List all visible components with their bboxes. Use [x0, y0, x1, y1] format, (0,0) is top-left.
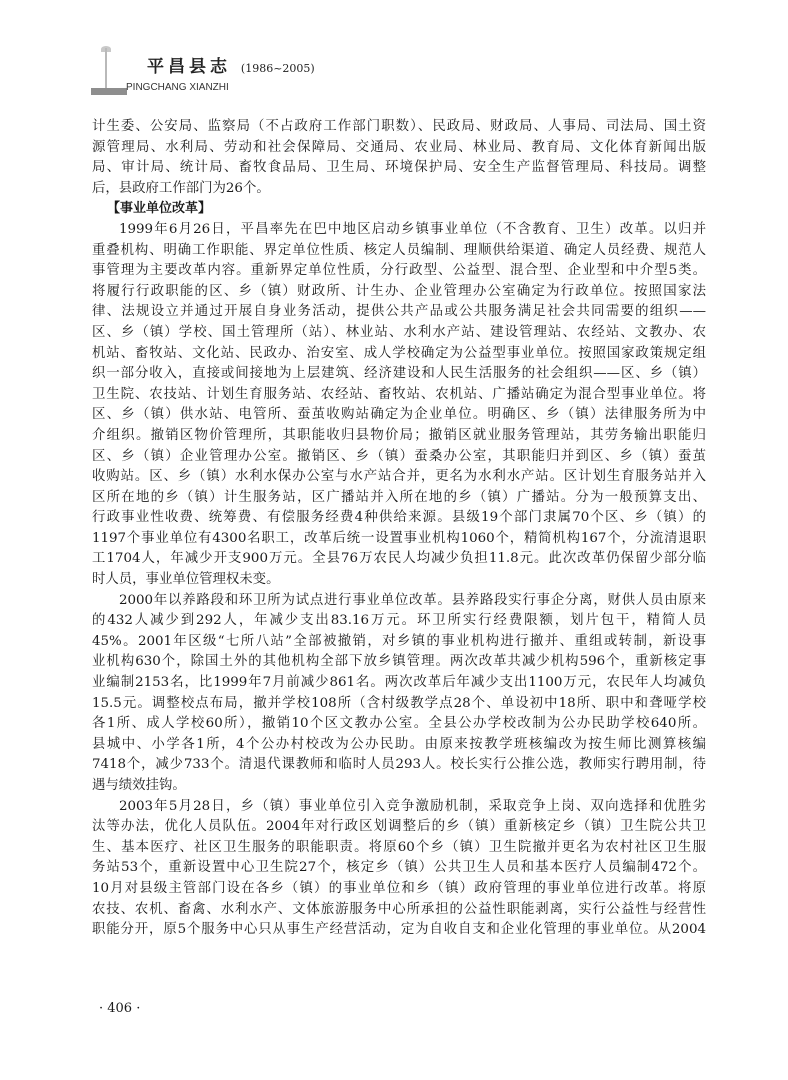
text-line: 15.5元。调整校点布局，撤并学校108所（含村级教学点28个、单设初中18所、…: [92, 694, 706, 715]
text-line: 汰等办法，优化人员队伍。2004年对行政区划调整后的乡（镇）重新核定乡（镇）卫生…: [92, 817, 706, 838]
body-text: 计生委、公安局、监察局（不占政府工作部门职数）、民政局、财政局、人事局、司法局、…: [92, 117, 706, 941]
text-line: 局、审计局、统计局、畜牧食品局、卫生局、环境保护局、安全生产监督管理局、科技局。…: [92, 158, 706, 179]
text-line: 将履行行政职能的区、乡（镇）财政所、计生办、企业管理办公室确定为行政单位。按照国…: [92, 282, 706, 303]
text-line: 机站、畜牧站、文化站、民政办、治安室、成人学校确定为公益型事业单位。按照国家政策…: [92, 344, 706, 365]
text-line: 的432人减少到292人，年减少支出83.16万元。环卫所实行经费限额，划片包干…: [92, 611, 706, 632]
logo-pole: [105, 48, 107, 90]
text-line: 行政事业性收费、统筹费、有偿服务经费4种供给来源。县级19个部门隶属70个区、乡…: [92, 508, 706, 529]
book-title-pinyin: PINGCHANG XIANZHI: [126, 82, 229, 93]
text-line: 县城中、小学各1所，4个公办村校改为公办民助。由原来按教学班核编改为按生师比测算…: [92, 735, 706, 756]
text-line: 介组织。撤销区物价管理所，其职能收归县物价局；撤销区就业服务管理站，其劳务输出职…: [92, 426, 706, 447]
text-line: 1999年6月26日，平昌率先在巴中地区启动乡镇事业单位（不含教育、卫生）改革。…: [92, 220, 706, 241]
text-line: 遇与绩效挂钩。: [92, 776, 706, 797]
book-years: (1986~2005): [241, 62, 315, 75]
book-title: 平昌县志 (1986~2005): [147, 52, 315, 77]
text-line: 卫生院、农技站、计划生育服务站、农经站、畜牧站、农机站、广播站确定为混合型事业单…: [92, 385, 706, 406]
text-line: 务站53个，重新设置中心卫生院27个，核定乡（镇）公共卫生人员和基本医疗人员编制…: [92, 858, 706, 879]
section-heading: 【事业单位改革】: [92, 199, 706, 220]
text-line: 律、法规设立并通过开展自身业务活动，提供公共产品或公共服务满足社会共同需要的组织…: [92, 302, 706, 323]
text-line: 区、乡（镇）供水站、电管所、蚕茧收购站确定为企业单位。明确区、乡（镇）法律服务所…: [92, 405, 706, 426]
text-line: 各1所、成人学校60所），撤销10个区文教办公室。全县公办学校改制为公办民助学校…: [92, 714, 706, 735]
text-line: 重叠机构、明确工作职能、界定单位性质、核定人员编制、理顺供给渠道、确定人员经费、…: [92, 241, 706, 262]
text-line: 45%。2001年区级“七所八站”全部被撤销，对乡镇的事业机构进行撤并、重组或转…: [92, 632, 706, 653]
text-line: 农技、农机、畜禽、水利水产、文体旅游服务中心所承担的公益性职能剥离，实行公益性与…: [92, 900, 706, 921]
text-line: 收购站。区、乡（镇）水利水保办公室与水产站合并，更名为水利水产站。区计划生育服务…: [92, 467, 706, 488]
text-line: 时人员，事业单位管理权未变。: [92, 570, 706, 591]
text-line: 10月对县级主管部门设在各乡（镇）的事业单位和乡（镇）政府管理的事业单位进行改革…: [92, 879, 706, 900]
text-line: 区、乡（镇）学校、国土管理所（站）、林业站、水利水产站、建设管理站、农经站、文教…: [92, 323, 706, 344]
text-line: 计生委、公安局、监察局（不占政府工作部门职数）、民政局、财政局、人事局、司法局、…: [92, 117, 706, 138]
text-line: 后，县政府工作部门为26个。: [92, 179, 706, 200]
book-title-cn: 平昌县志: [147, 57, 231, 77]
text-line: 区、乡（镇）企业管理办公室。撤销区、乡（镇）蚕桑办公室，其职能归并到区、乡（镇）…: [92, 447, 706, 468]
text-line: 1197个事业单位有4300名职工，改革后统一设置事业机构1060个，精简机构1…: [92, 529, 706, 550]
text-line: 2000年以养路段和环卫所为试点进行事业单位改革。县养路段实行事企分离，财供人员…: [92, 591, 706, 612]
text-line: 2003年5月28日，乡（镇）事业单位引入竞争激励机制，采取竞争上岗、双向选择和…: [92, 797, 706, 818]
text-line: 事管理为主要改革内容。重新界定单位性质，分行政型、公益型、混合型、企业型和中介型…: [92, 261, 706, 282]
text-line: 职能分开，原5个服务中心只从事生产经营活动，定为自收自支和企业化管理的事业单位。…: [92, 920, 706, 941]
text-line: 区所在地的乡（镇）计生服务站，区广播站并入所在地的乡（镇）广播站。分为一般预算支…: [92, 488, 706, 509]
text-line: 业编制2153名，比1999年7月前减少861名。两次改革后年减少支出1100万…: [92, 673, 706, 694]
page-number: · 406 ·: [99, 1001, 140, 1016]
running-header: 平昌县志 (1986~2005) PINGCHANG XIANZHI: [84, 40, 384, 100]
text-line: 工1704人，年减少开支900万元。全县76万农民人均减少负担11.8元。此次改…: [92, 549, 706, 570]
logo-base: [91, 88, 127, 95]
text-line: 业机构630个，除国土外的其他机构全部下放乡镇管理。两次改革共减少机构596个，…: [92, 652, 706, 673]
text-line: 生、基本医疗、社区卫生服务的职能职责。将原60个乡（镇）卫生院撤并更名为农村社区…: [92, 838, 706, 859]
text-line: 源管理局、水利局、劳动和社会保障局、交通局、农业局、林业局、教育局、文化体育新闻…: [92, 138, 706, 159]
text-line: 织一部分收入，直接或间接地为上层建筑、经济建设和人民生活服务的社会组织——区、乡…: [92, 364, 706, 385]
text-line: 7418个，减少733个。清退代课教师和临时人员293人。校长实行公推公选，教师…: [92, 755, 706, 776]
